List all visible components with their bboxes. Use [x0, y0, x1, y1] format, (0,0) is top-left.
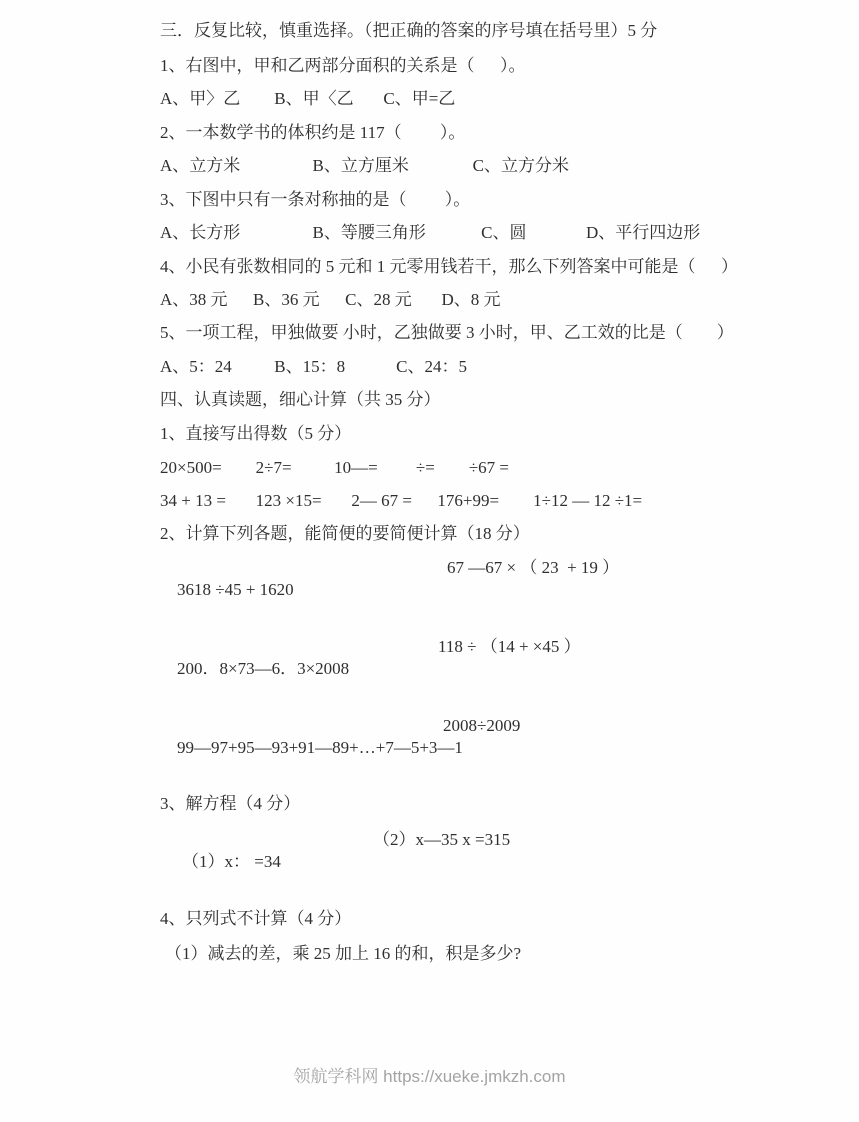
section4-title: 四、认真读题，细心计算（共 35 分）: [160, 389, 441, 413]
oral-calc-row-2: 34 + 13 = 123 ×15= 2— 67 = 176+99= 1÷12 …: [160, 490, 642, 514]
q5-options: A、5：24 B、15：8 C、24：5: [160, 356, 467, 380]
equation-row: （1）x： =34 （2）x—35 x =315: [165, 829, 281, 853]
footer-site-watermark: 领航学科网 https://xueke.jmkzh.com: [0, 1062, 859, 1087]
calc-row-3: 99—97+95—93+91—89+…+7—5+3—1 2008÷2009: [160, 715, 463, 739]
section3-title: 三．反复比较，慎重选择。（把正确的答案的序号填在括号里）5 分: [160, 20, 657, 44]
calc-row-2-left: 200．8×73—6．3×2008: [177, 659, 349, 678]
part3-title: 3、解方程（4 分）: [160, 793, 300, 817]
q3-stem: 3、下图中只有一条对称抽的是（ ）。: [160, 189, 470, 213]
calc-row-1-right: 67 —67 × （ 23 + 19 ）: [447, 557, 619, 579]
calc-row-2: 200．8×73—6．3×2008 118 ÷ （14 + ×45 ）: [160, 636, 349, 660]
calc-row-1-left: 3618 ÷45 + 1620: [177, 580, 294, 599]
part4-title: 4、只列式不计算（4 分）: [160, 908, 351, 932]
q4-stem: 4、小民有张数相同的 5 元和 1 元零用钱若干，那么下列答案中可能是（ ）: [160, 256, 738, 280]
q2-options: A、立方米 B、立方厘米 C、立方分米: [160, 155, 569, 179]
equation-1: （1）x： =34: [182, 852, 281, 871]
q1-stem: 1、右图中，甲和乙两部分面积的关系是（ ）。: [160, 55, 526, 79]
q5-stem: 5、一项工程，甲独做要 小时，乙独做要 3 小时，甲、乙工效的比是（ ）: [160, 322, 734, 346]
equation-2: （2）x—35 x =315: [373, 829, 510, 851]
part2-title: 2、计算下列各题，能简便的要简便计算（18 分）: [160, 523, 530, 547]
exam-paper-page: 三．反复比较，慎重选择。（把正确的答案的序号填在括号里）5 分 1、右图中，甲和…: [0, 0, 859, 1122]
q2-stem: 2、一本数学书的体积约是 117（ ）。: [160, 122, 465, 146]
oral-calc-row-1: 20×500= 2÷7= 10—= ÷= ÷67 =: [160, 457, 509, 481]
calc-row-1: 3618 ÷45 + 1620 67 —67 × （ 23 + 19 ）: [160, 557, 294, 581]
part1-title: 1、直接写出得数（5 分）: [160, 423, 351, 447]
q4-options: A、38 元 B、36 元 C、28 元 D、8 元: [160, 289, 500, 313]
q3-options: A、长方形 B、等腰三角形 C、圆 D、平行四边形: [160, 222, 700, 246]
q1-options: A、甲〉乙 B、甲〈乙 C、甲=乙: [160, 88, 455, 112]
calc-row-2-right: 118 ÷ （14 + ×45 ）: [438, 636, 581, 658]
part4-item-1: （1）减去的差，乘 25 加上 16 的和，积是多少?: [165, 943, 521, 967]
calc-row-3-left: 99—97+95—93+91—89+…+7—5+3—1: [177, 738, 463, 757]
calc-row-3-right: 2008÷2009: [443, 715, 520, 737]
